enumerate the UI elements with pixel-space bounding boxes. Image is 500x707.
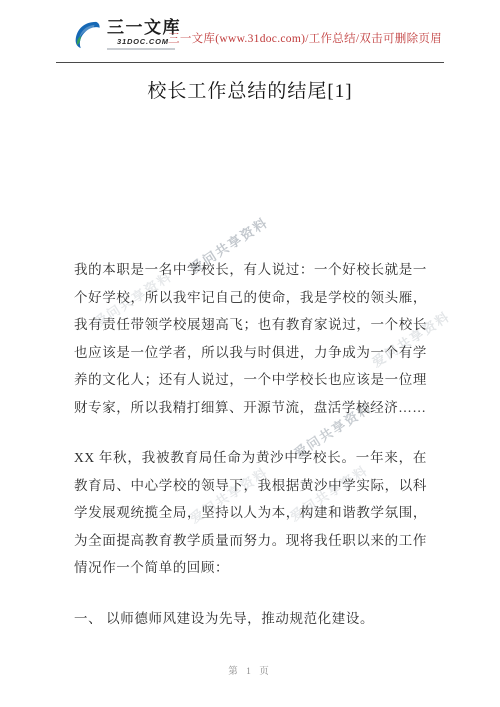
footer-page-number: 第 1 页: [0, 663, 500, 677]
document-body: 我的本职是一名中学校长，有人说过：一个好校长就是一个好学校，所以我牢记自己的使命…: [74, 256, 427, 655]
paragraph: XX 年秋，我被教育局任命为黄沙中学校长。一年来，在教育局、中心学校的领导下，我…: [74, 444, 427, 582]
header-breadcrumb-note: 三一文库(www.31doc.com)/工作总结/双击可删除页眉: [168, 30, 442, 46]
document-title: 校长工作总结的结尾[1]: [0, 76, 500, 103]
document-page: 三一文库 31DOC.COM 三一文库(www.31doc.com)/工作总结/…: [0, 0, 500, 707]
logo-domain: 31DOC.COM: [107, 37, 175, 50]
site-logo[interactable]: 三一文库 31DOC.COM: [72, 18, 181, 50]
logo-swoosh-icon: [72, 20, 104, 50]
page-header: 三一文库 31DOC.COM 三一文库(www.31doc.com)/工作总结/…: [56, 16, 444, 60]
header-divider: [56, 62, 444, 63]
section-heading: 一、 以师德师风建设为先导，推动规范化建设。: [74, 605, 427, 633]
paragraph: 我的本职是一名中学校长，有人说过：一个好校长就是一个好学校，所以我牢记自己的使命…: [74, 256, 427, 421]
